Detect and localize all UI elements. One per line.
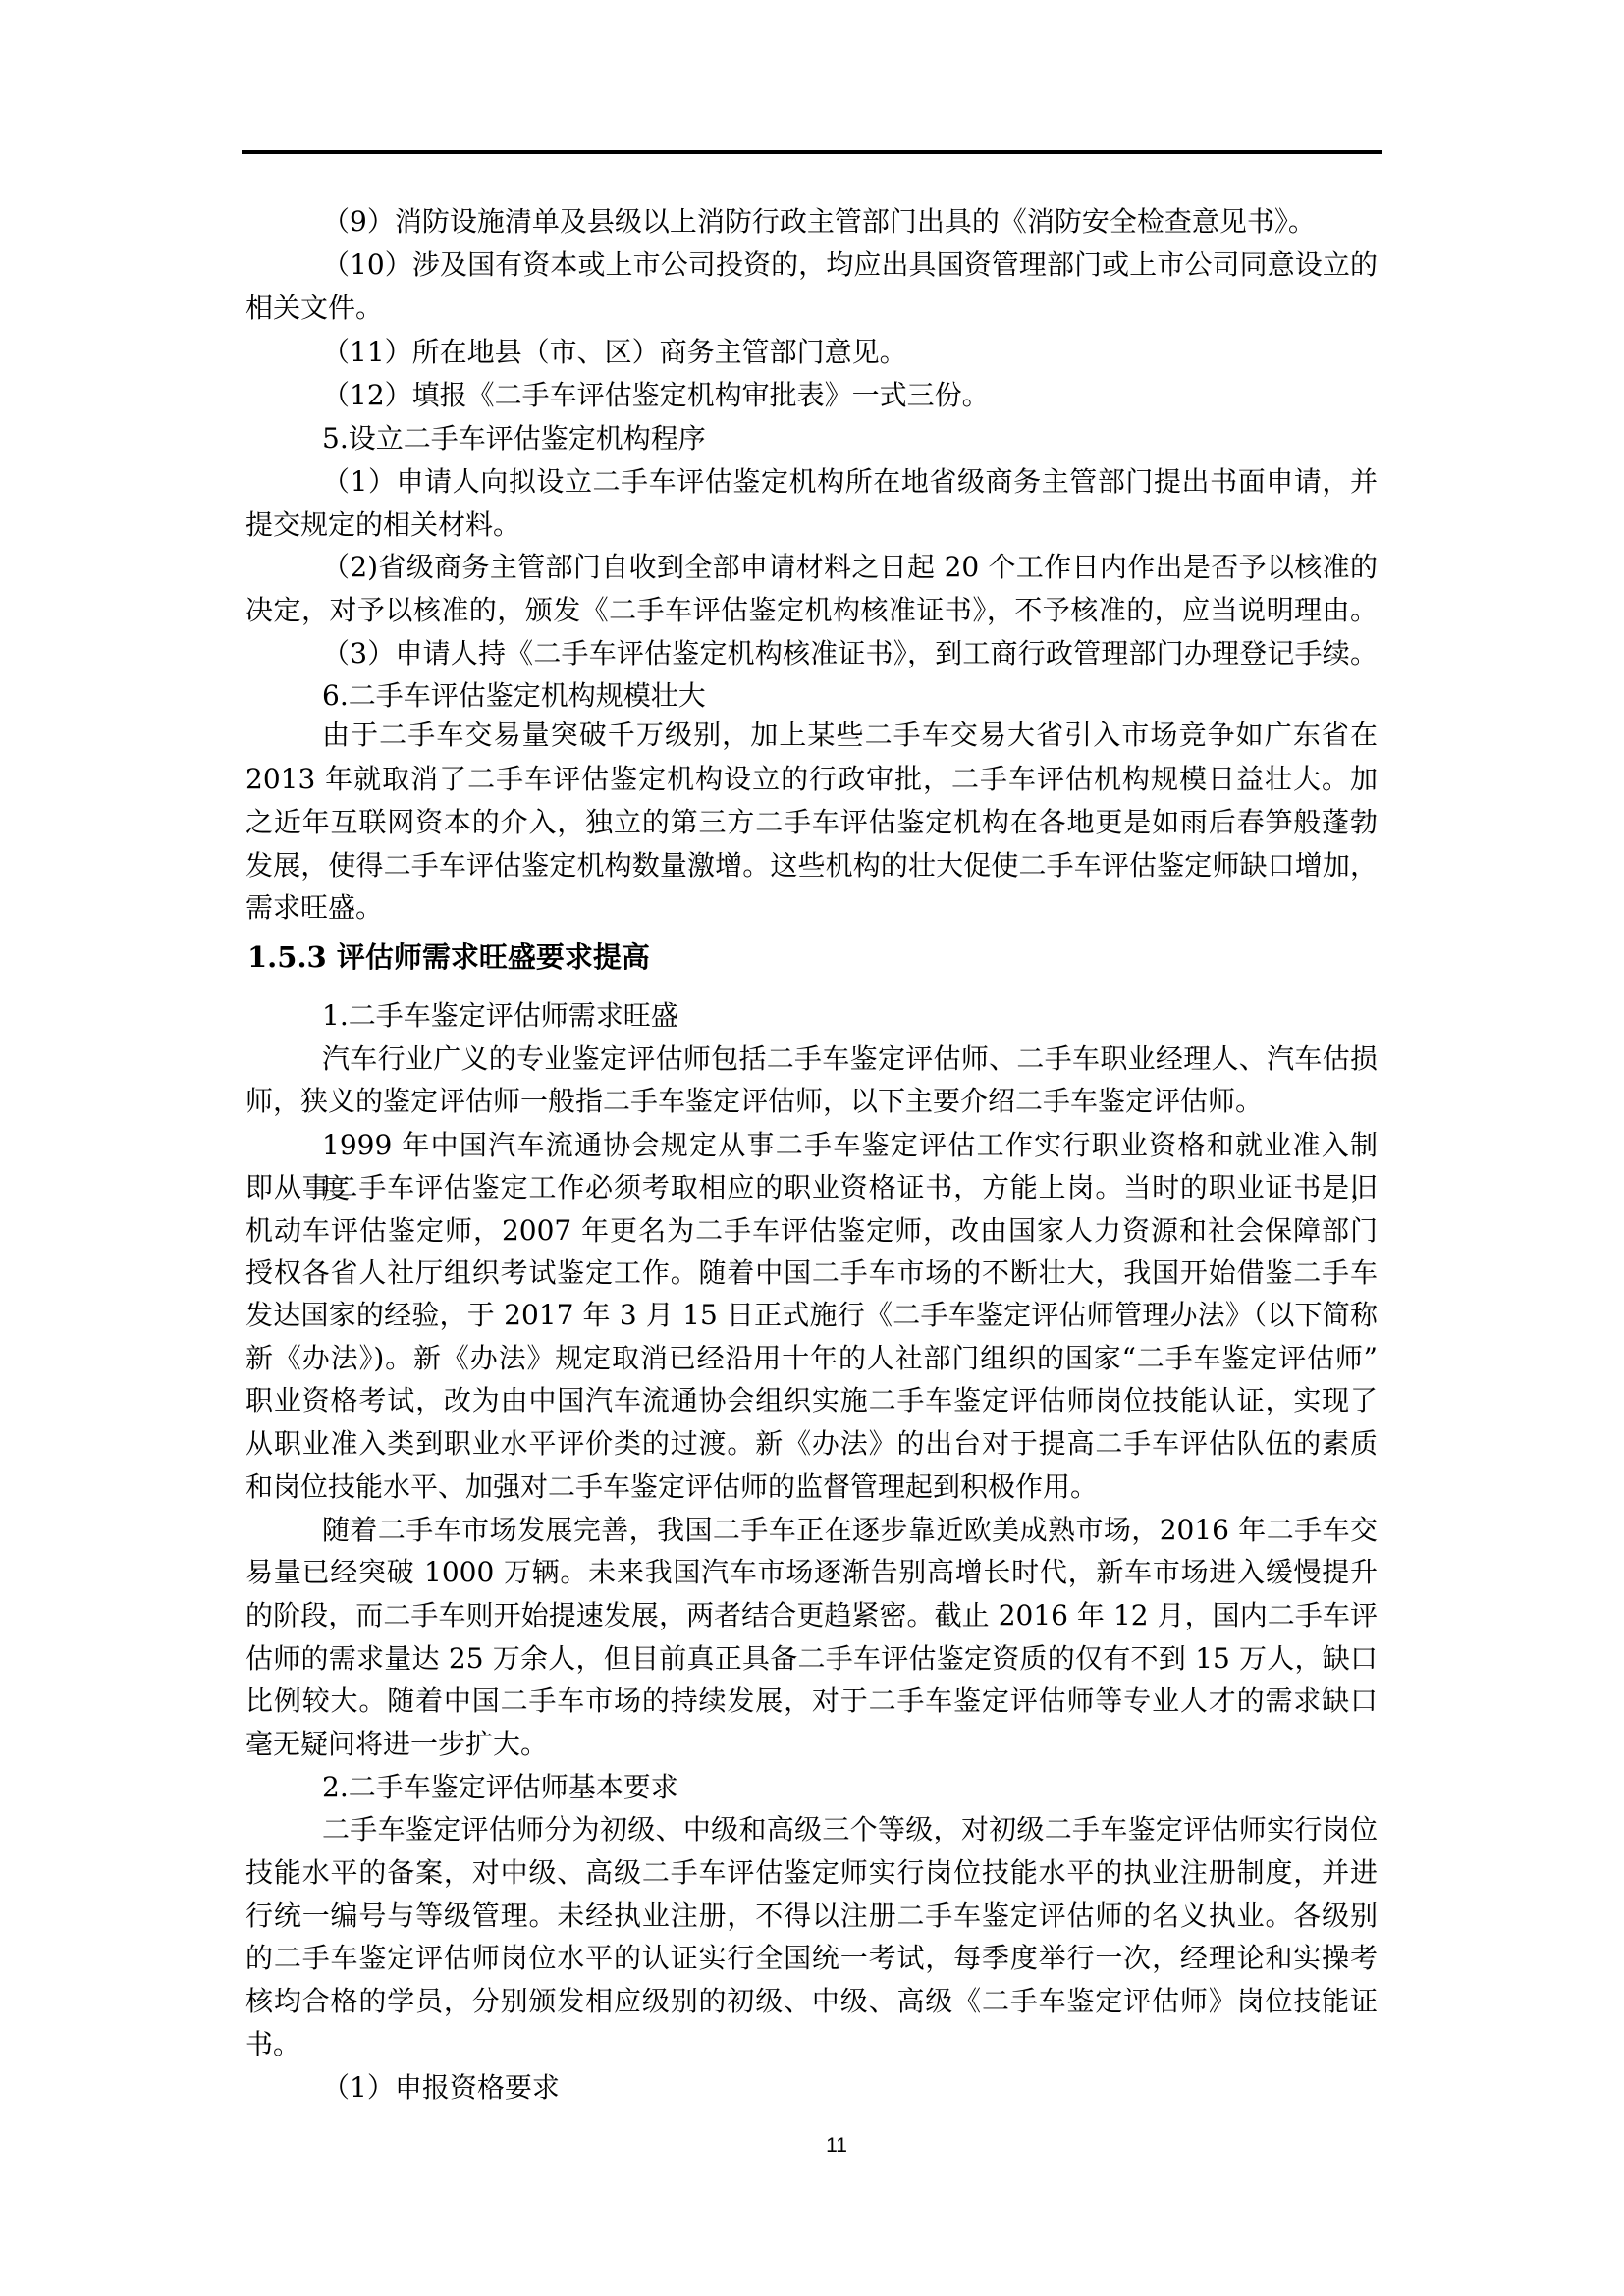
paragraph-line: 毫无疑问将进一步扩大。: [245, 1723, 1378, 1766]
paragraph-line: 决定，对予以核准的，颁发《二手车评估鉴定机构核准证书》，不予核准的，应当说明理由…: [245, 589, 1378, 632]
paragraph-line: 估师的需求量达 25 万余人，但目前真正具备二手车评估鉴定资质的仅有不到 15 …: [245, 1637, 1378, 1681]
paragraph-line: 发展，使得二手车评估鉴定机构数量激增。这些机构的壮大促使二手车评估鉴定师缺口增加…: [245, 844, 1378, 887]
page-number: 11: [812, 2132, 861, 2160]
paragraph-line: 相关文件。: [245, 287, 1378, 330]
paragraph-line: 由于二手车交易量突破千万级别，加上某些二手车交易大省引入市场竞争如广东省在: [322, 714, 1378, 757]
paragraph-line: 即从事二手车评估鉴定工作必须考取相应的职业资格证书，方能上岗。当时的职业证书是旧: [245, 1166, 1378, 1209]
paragraph-line: 授权各省人社厅组织考试鉴定工作。随着中国二手车市场的不断壮大，我国开始借鉴二手车: [245, 1252, 1378, 1295]
paragraph-line: 行统一编号与等级管理。未经执业注册，不得以注册二手车鉴定评估师的名义执业。各级别: [245, 1895, 1378, 1938]
paragraph-line: 1.二手车鉴定评估师需求旺盛: [322, 994, 1378, 1038]
paragraph-line: 技能水平的备案，对中级、高级二手车评估鉴定师实行岗位技能水平的执业注册制度，并进: [245, 1851, 1378, 1895]
paragraph-line: 2013 年就取消了二手车评估鉴定机构设立的行政审批，二手车评估机构规模日益壮大…: [245, 758, 1378, 801]
paragraph-line: （1）申报资格要求: [322, 2066, 1378, 2109]
paragraph-line: 二手车鉴定评估师分为初级、中级和高级三个等级，对初级二手车鉴定评估师实行岗位: [322, 1808, 1378, 1851]
paragraph-line: 核均合格的学员，分别颁发相应级别的初级、中级、高级《二手车鉴定评估师》岗位技能证: [245, 1980, 1378, 2023]
paragraph-line: 从职业准入类到职业水平评价类的过渡。新《办法》的出台对于提高二手车评估队伍的素质: [245, 1422, 1378, 1466]
paragraph-line: 提交规定的相关材料。: [245, 504, 1378, 547]
paragraph-line: 6.二手车评估鉴定机构规模壮大: [322, 674, 1378, 718]
paragraph-line: （3）申请人持《二手车评估鉴定机构核准证书》，到工商行政管理部门办理登记手续。: [322, 632, 1378, 675]
paragraph-line: 机动车评估鉴定师，2007 年更名为二手车评估鉴定师，改由国家人力资源和社会保障…: [245, 1209, 1378, 1253]
paragraph-line: 的阶段，而二手车则开始提速发展，两者结合更趋紧密。截止 2016 年 12 月，…: [245, 1594, 1378, 1637]
paragraph-line: 师，狭义的鉴定评估师一般指二手车鉴定评估师，以下主要介绍二手车鉴定评估师。: [245, 1080, 1378, 1123]
section-heading: 1.5.3 评估师需求旺盛要求提高: [247, 935, 650, 979]
paragraph-line: 5.设立二手车评估鉴定机构程序: [322, 417, 1378, 460]
paragraph-line: 比例较大。随着中国二手车市场的持续发展，对于二手车鉴定评估师等专业人才的需求缺口: [245, 1680, 1378, 1723]
paragraph-line: 发达国家的经验，于 2017 年 3 月 15 日正式施行《二手车鉴定评估师管理…: [245, 1294, 1378, 1337]
paragraph-line: 2.二手车鉴定评估师基本要求: [322, 1766, 1378, 1809]
paragraph-line: 需求旺盛。: [245, 886, 1378, 930]
paragraph-line: 和岗位技能水平、加强对二手车鉴定评估师的监督管理起到积极作用。: [245, 1466, 1378, 1509]
paragraph-line: 职业资格考试，改为由中国汽车流通协会组织实施二手车鉴定评估师岗位技能认证，实现了: [245, 1379, 1378, 1422]
paragraph-line: 之近年互联网资本的介入，独立的第三方二手车评估鉴定机构在各地更是如雨后春笋般蓬勃: [245, 801, 1378, 844]
paragraph-line: （2)省级商务主管部门自收到全部申请材料之日起 20 个工作日内作出是否予以核准…: [322, 546, 1378, 589]
paragraph-line: （10）涉及国有资本或上市公司投资的，均应出具国资管理部门或上市公司同意设立的: [322, 243, 1378, 287]
paragraph-line: 1999 年中国汽车流通协会规定从事二手车鉴定评估工作实行职业资格和就业准入制度…: [322, 1124, 1378, 1167]
paragraph-line: 汽车行业广义的专业鉴定评估师包括二手车鉴定评估师、二手车职业经理人、汽车估损: [322, 1038, 1378, 1081]
paragraph-line: 易量已经突破 1000 万辆。未来我国汽车市场逐渐告别高增长时代，新车市场进入缓…: [245, 1551, 1378, 1594]
paragraph-line: （11）所在地县（市、区）商务主管部门意见。: [322, 331, 1378, 374]
paragraph-line: （1）申请人向拟设立二手车评估鉴定机构所在地省级商务主管部门提出书面申请，并: [322, 460, 1378, 504]
paragraph-line: 新《办法》)。新《办法》规定取消已经沿用十年的人社部门组织的国家“二手车鉴定评估…: [245, 1337, 1378, 1380]
paragraph-line: （9）消防设施清单及县级以上消防行政主管部门出具的《消防安全检查意见书》。: [322, 200, 1378, 243]
paragraph-line: 的二手车鉴定评估师岗位水平的认证实行全国统一考试，每季度举行一次，经理论和实操考: [245, 1937, 1378, 1980]
header-rule: [242, 150, 1382, 154]
paragraph-line: 随着二手车市场发展完善，我国二手车正在逐步靠近欧美成熟市场，2016 年二手车交: [322, 1509, 1378, 1552]
paragraph-line: （12）填报《二手车评估鉴定机构审批表》一式三份。: [322, 374, 1378, 417]
paragraph-line: 书。: [245, 2023, 1378, 2066]
